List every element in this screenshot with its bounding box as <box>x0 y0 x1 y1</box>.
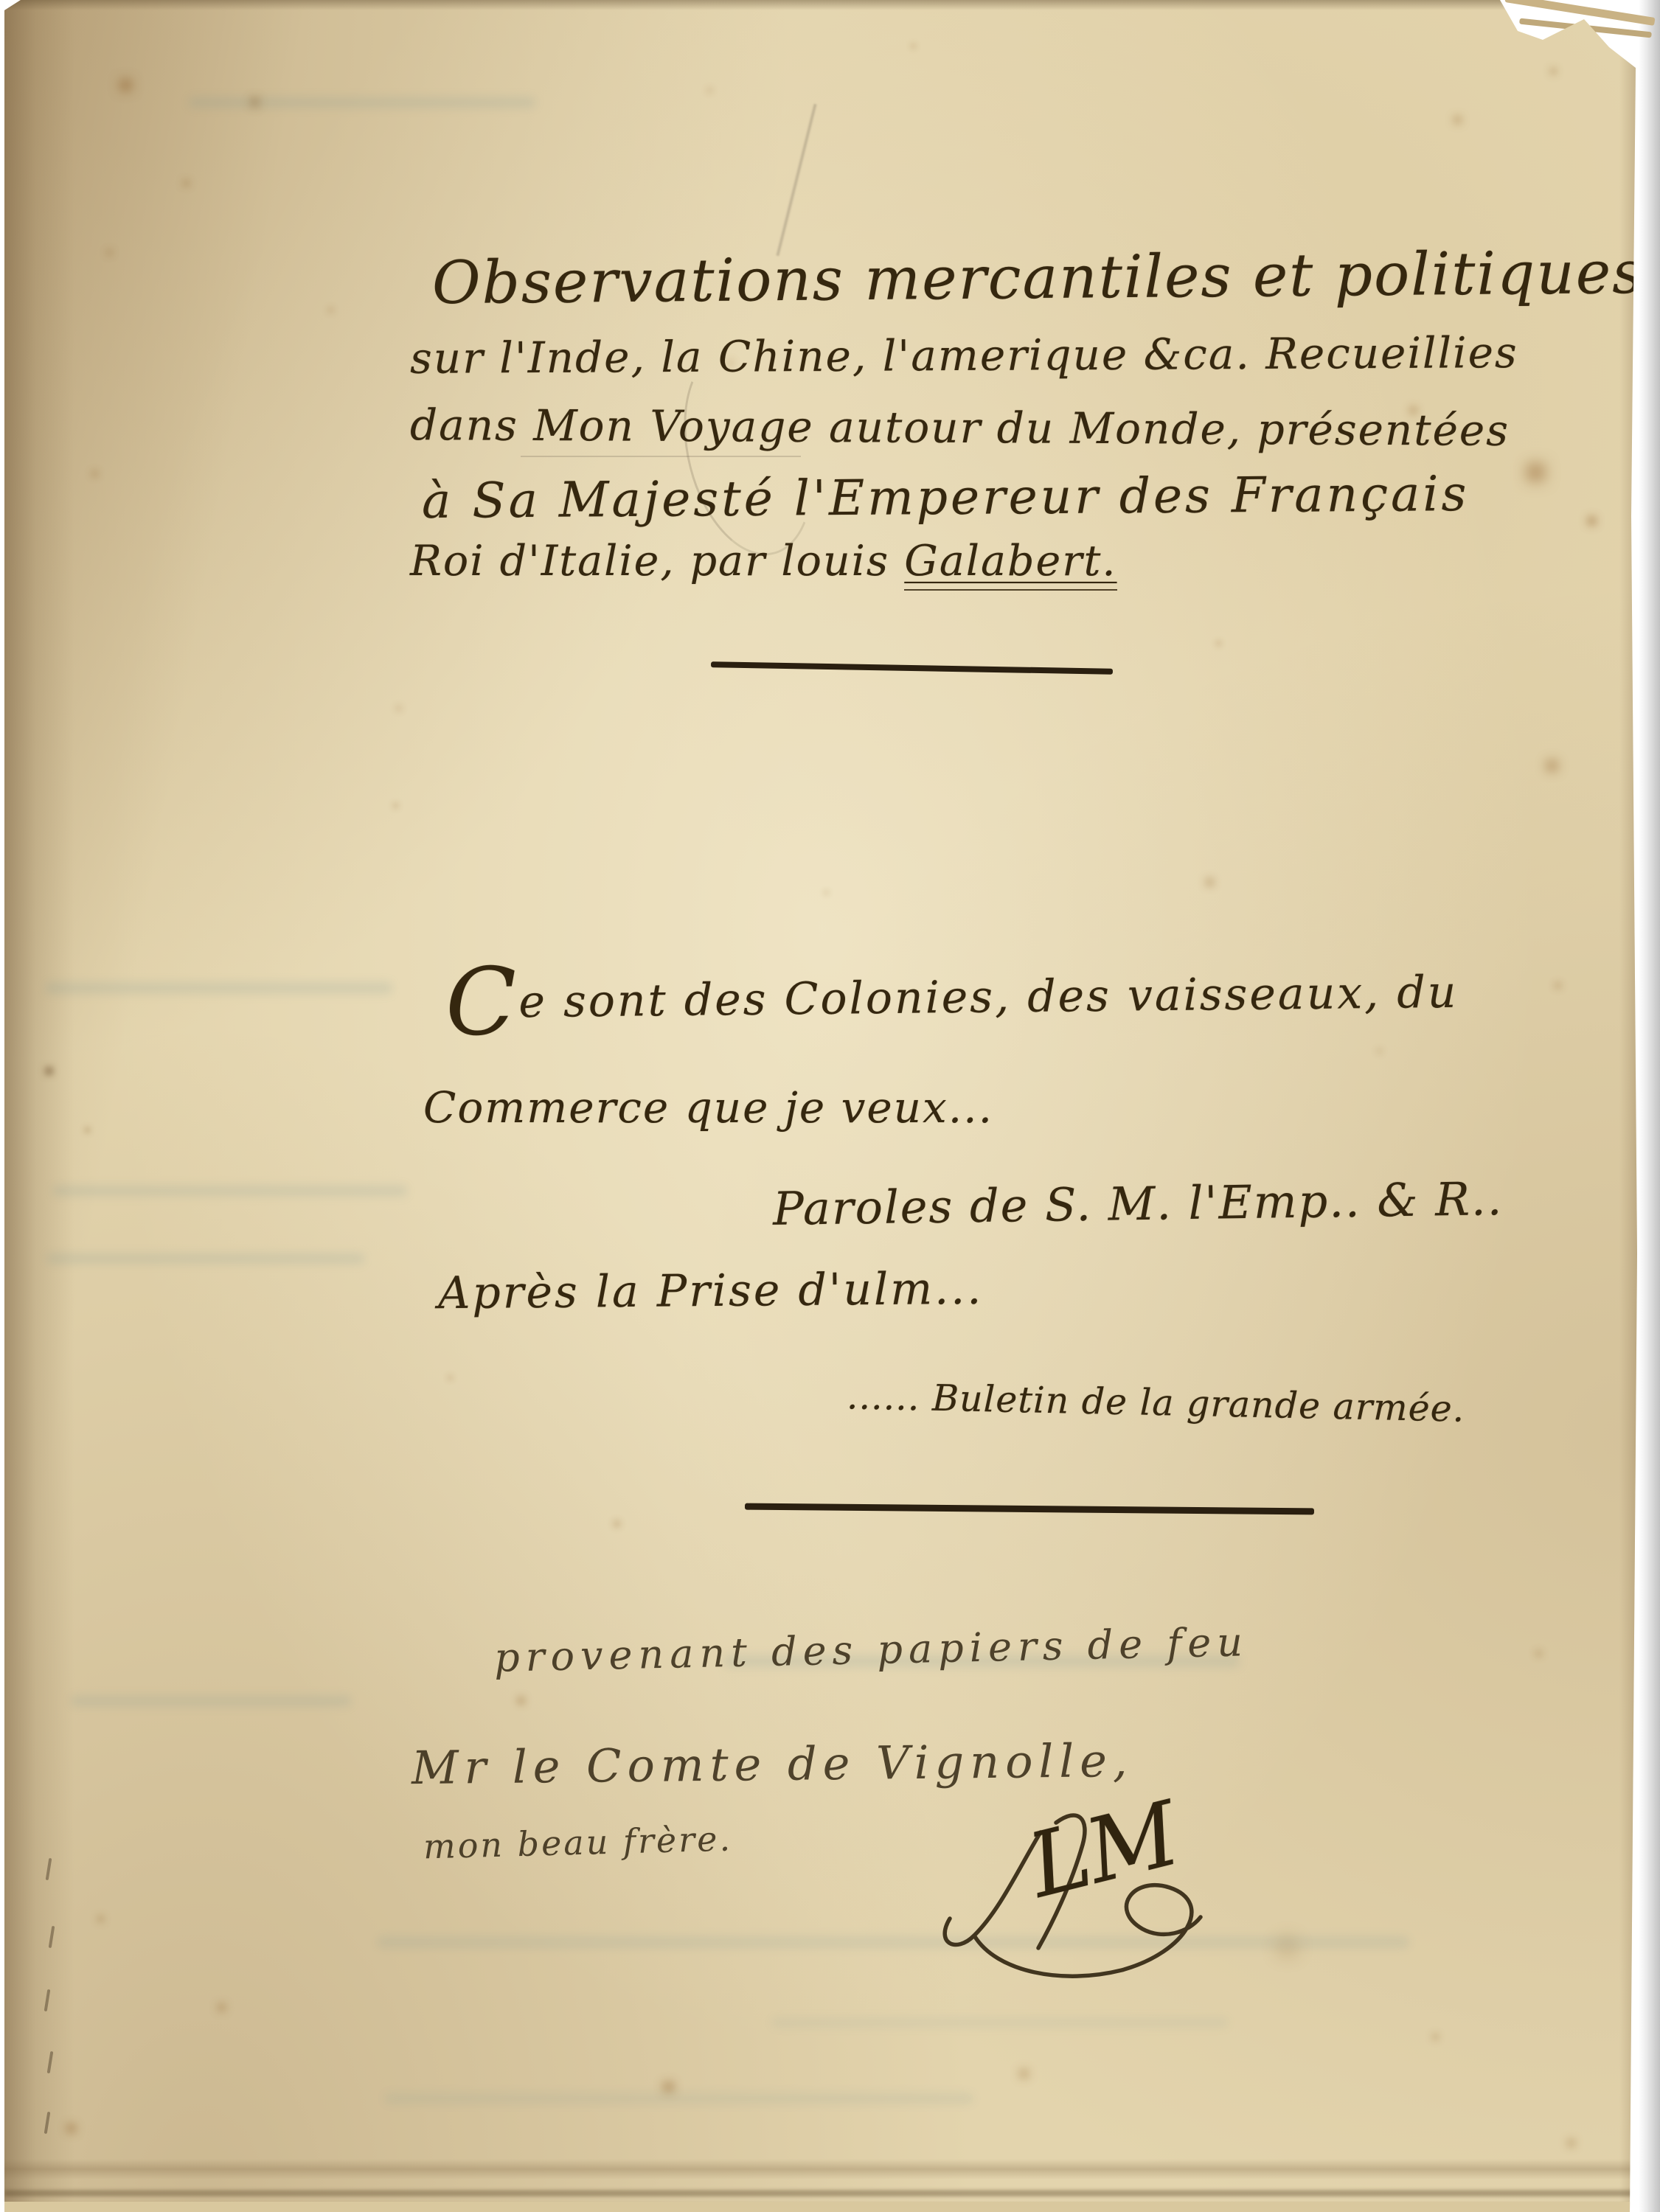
ink-show-through <box>71 1696 351 1706</box>
pencil-mark <box>776 104 816 257</box>
ink-show-through <box>771 2017 1229 2028</box>
separator-rule-bottom <box>745 1503 1314 1515</box>
monogram-signature: LM <box>919 1792 1229 2006</box>
page-binding-edge <box>4 0 74 2212</box>
quote-line-1-text: e sont des Colonies, des vaisseaux, du <box>518 967 1459 1028</box>
scanner-background-strip <box>1639 0 1660 2212</box>
ink-show-through <box>377 1935 1409 1949</box>
provenance-line-3: mon beau frère. <box>423 1819 732 1867</box>
quote-line-3: Après la Prise d'ulm... <box>438 1263 984 1319</box>
foxing-stains <box>4 0 5 1</box>
provenance-line-2: Mr le Comte de Vignolle, <box>411 1733 1133 1795</box>
page-curl-crease <box>4 2202 1642 2212</box>
provenance-line-1: provenant des papiers de feu <box>493 1618 1249 1680</box>
title-line-3: dans Mon Voyage autour du Monde, présent… <box>410 400 1510 456</box>
ink-show-through <box>384 2093 974 2104</box>
pencil-mark <box>521 456 801 457</box>
separator-rule-top <box>711 661 1113 675</box>
title-line-4: à Sa Majesté l'Empereur des Français <box>422 465 1470 529</box>
ink-show-through <box>46 982 392 994</box>
ink-show-through <box>189 97 535 108</box>
quote-line-1: Ce sont des Colonies, des vaisseaux, du <box>445 967 1459 1029</box>
page-curl-crease <box>4 2159 1642 2180</box>
page-curl-crease <box>4 2190 1642 2197</box>
manuscript-page: Observations mercantiles et politiques s… <box>4 0 1642 2212</box>
title-line-1: Observations mercantiles et politiques <box>432 238 1645 317</box>
quote-source: ...... Buletin de la grande armée. <box>846 1375 1465 1430</box>
ink-show-through <box>47 1253 364 1264</box>
title-line-5: Roi d'Italie, par louis Galabert. <box>410 537 1117 585</box>
quote-line-2: Commerce que je veux... <box>423 1082 993 1133</box>
scanned-document: Observations mercantiles et politiques s… <box>0 0 1660 2212</box>
quote-attribution: Paroles de S. M. l'Emp.. & R.. <box>773 1172 1504 1236</box>
title-line-2: sur l'Inde, la Chine, l'amerique &ca. Re… <box>410 327 1518 383</box>
title-line-5-text: Roi d'Italie, par louis <box>410 537 904 585</box>
author-name: Galabert. <box>904 537 1116 591</box>
page-top-edge <box>4 0 1642 10</box>
drop-cap: C <box>445 947 519 1057</box>
ink-show-through <box>53 1186 407 1196</box>
